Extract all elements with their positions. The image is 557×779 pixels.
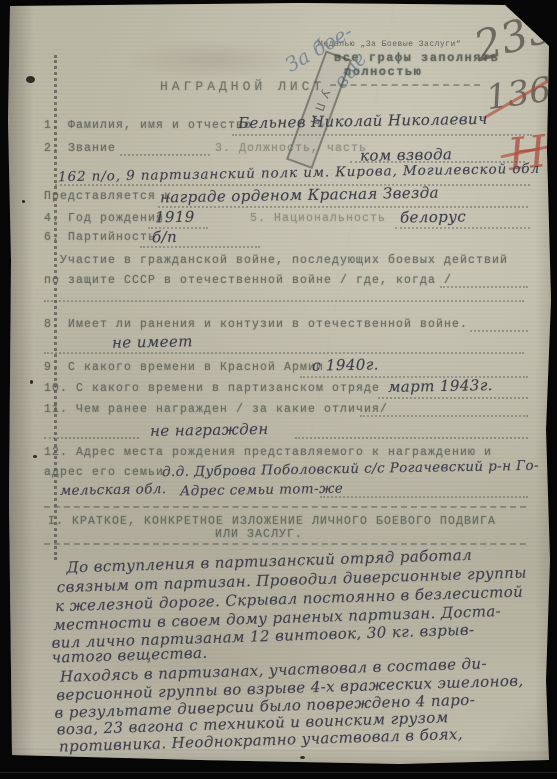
scanner-edge-line [0,772,557,773]
award-sheet-page: Медалью „За Боевые Заслуги“ все графы за… [0,0,557,779]
scan-background: Медалью „За Боевые Заслуги“ все графы за… [0,0,557,779]
citation-paragraph: До вступления в партизанский отряд работ… [0,0,557,779]
